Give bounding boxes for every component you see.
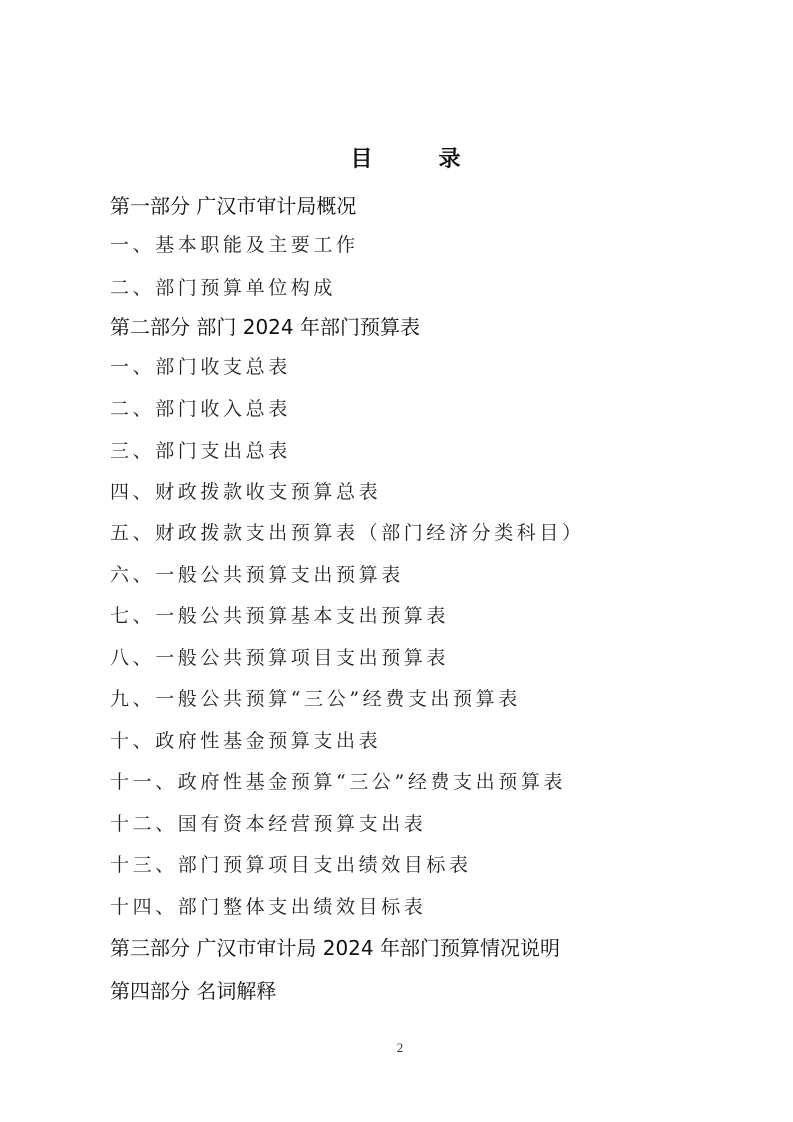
toc-item-2-14: 十四、部门整体支出绩效目标表 [110,893,426,921]
toc-item-2-6: 六、一般公共预算支出预算表 [110,561,404,589]
toc-title: 目 录 [0,146,793,174]
toc-part-3: 第三部分 广汉市审计局 2024 年部门预算情况说明 [110,934,560,962]
toc-item-2-1: 一、部门收支总表 [110,353,291,381]
toc-item-2-8: 八、一般公共预算项目支出预算表 [110,644,449,672]
toc-part-1: 第一部分 广汉市审计局概况 [110,192,356,220]
toc-item-1-2: 二、部门预算单位构成 [110,274,336,302]
toc-item-2-5: 五、财政拨款支出预算表（部门经济分类科目） [110,519,585,547]
toc-part-4: 第四部分 名词解释 [110,977,276,1005]
toc-item-1-1: 一、基本职能及主要工作 [110,231,359,259]
toc-item-2-12: 十二、国有资本经营预算支出表 [110,810,426,838]
toc-item-2-10: 十、政府性基金预算支出表 [110,727,381,755]
toc-item-2-7: 七、一般公共预算基本支出预算表 [110,602,449,630]
toc-item-2-9: 九、一般公共预算“三公”经费支出预算表 [110,685,521,713]
toc-item-2-3: 三、部门支出总表 [110,437,291,465]
page-number: 2 [0,1040,793,1056]
toc-item-2-4: 四、财政拨款收支预算总表 [110,478,381,506]
toc-item-2-13: 十三、部门预算项目支出绩效目标表 [110,851,472,879]
toc-item-2-2: 二、部门收入总表 [110,395,291,423]
toc-item-2-11: 十一、政府性基金预算“三公”经费支出预算表 [110,768,566,796]
toc-part-2: 第二部分 部门 2024 年部门预算表 [110,313,420,341]
